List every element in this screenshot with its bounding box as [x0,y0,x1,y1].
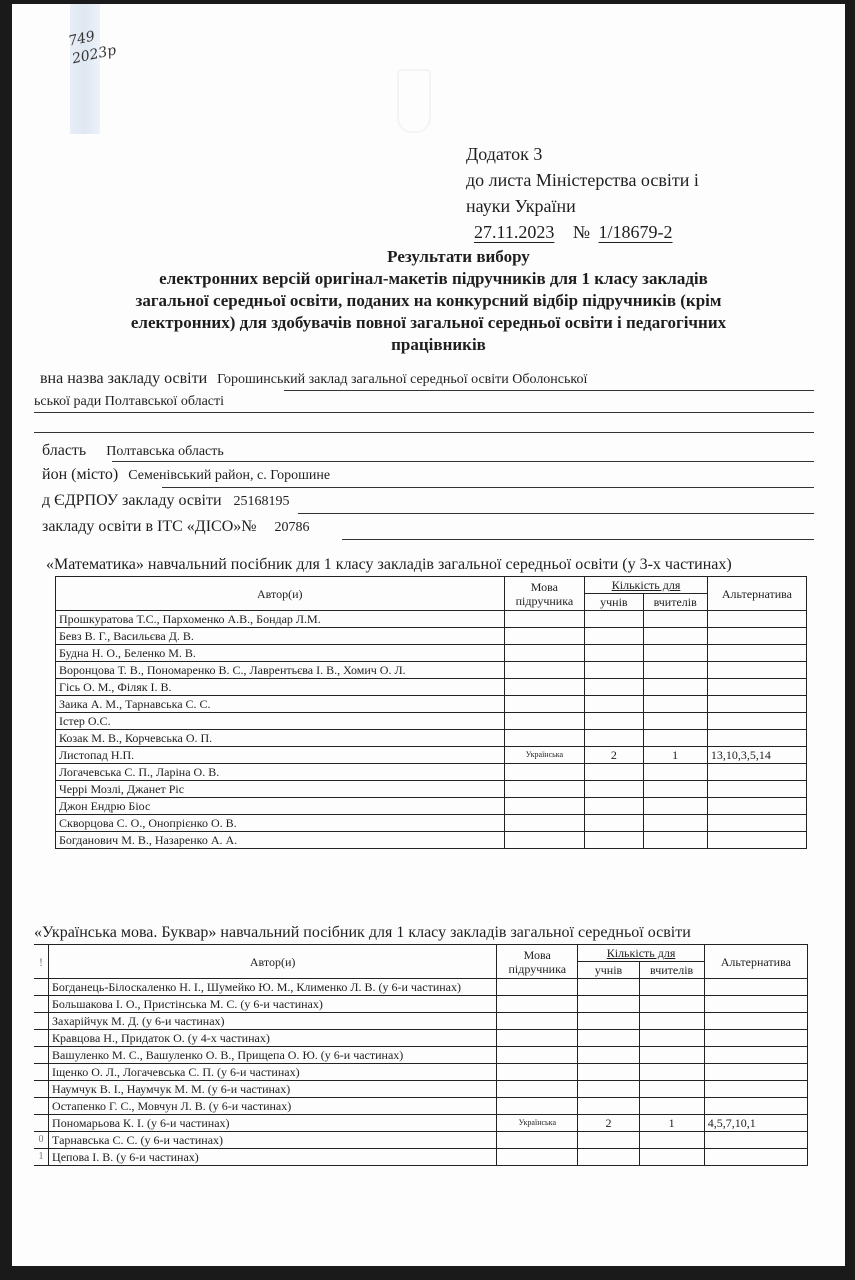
alternative-cell [707,696,806,713]
alternative-cell [704,1064,807,1081]
row-number [34,1115,49,1132]
language-cell [504,628,585,645]
table-row: 0Тарнавська С. С. (у 6-и частинах) [34,1132,808,1149]
alternative-cell [707,730,806,747]
teachers-count-cell [643,679,707,696]
teachers-count-cell [639,1081,704,1098]
author-cell: Козак М. В., Корчевська О. П. [56,730,505,747]
teachers-count-cell [639,996,704,1013]
institution-name-field: вна назва закладу освіти Горошинський за… [40,370,587,388]
author-cell: Богданович М. В., Назаренко А. А. [56,832,505,849]
col-teachers: вчителів [643,594,707,611]
col-language: Мова підручника [504,577,585,611]
students-count-cell [578,1081,639,1098]
author-cell: Вашуленко М. С., Вашуленко О. В., Прищеп… [49,1047,497,1064]
students-count-cell [578,1149,639,1166]
field-label: закладу освіти в ІТС «ДІСО»№ [42,518,257,535]
language-cell [497,1030,578,1047]
author-cell: Прошкуратова Т.С., Пархоменко А.В., Бонд… [56,611,505,628]
alternative-cell [704,979,807,996]
students-count-cell [585,662,643,679]
coat-of-arms-icon [397,69,431,133]
table-row: Богданович М. В., Назаренко А. А. [56,832,807,849]
row-number [34,1064,49,1081]
underline [34,432,814,433]
students-count-cell [585,645,643,662]
alternative-cell: 4,5,7,10,1 [704,1115,807,1132]
language-cell [504,815,585,832]
teachers-count-cell [643,815,707,832]
field-value: 25168195 [234,494,290,509]
row-number: 1 [34,1149,49,1166]
field-label: вна назва закладу освіти [40,370,207,387]
teachers-count-cell [643,713,707,730]
title-line: загальної середньої освіти, поданих на к… [12,290,845,312]
teachers-count-cell [643,696,707,713]
math-table: Автор(и) Мова підручника Кількість для А… [55,576,807,849]
row-number [34,1081,49,1098]
language-cell [504,713,585,730]
teachers-count-cell [643,764,707,781]
document-page: 749 2023р Додаток 3 до листа Міністерств… [12,4,845,1266]
alternative-cell [707,815,806,832]
teachers-count-cell [639,1047,704,1064]
author-cell: Будна Н. О., Беленко М. В. [56,645,505,662]
language-cell: Українська [504,747,585,764]
students-count-cell [585,781,643,798]
language-cell [504,781,585,798]
letter-number: 1/18679-2 [595,222,677,242]
field-value: 20786 [275,520,310,535]
author-cell: Богданець-Білоскаленко Н. І., Шумейко Ю.… [49,979,497,996]
students-count-cell [578,1047,639,1064]
alternative-cell [704,1149,807,1166]
alternative-cell [707,713,806,730]
teachers-count-cell [643,628,707,645]
col-alternative: Альтернатива [704,945,807,979]
col-students: учнів [585,594,643,611]
students-count-cell [585,611,643,628]
title-line: електронних версій оригінал-макетів підр… [12,268,845,290]
author-cell: Логачевська С. П., Ларіна О. В. [56,764,505,781]
teachers-count-cell [639,1132,704,1149]
row-number [34,979,49,996]
number-sign: № [573,222,590,242]
language-cell [497,1132,578,1149]
alternative-cell [704,1098,807,1115]
field-value: Горошинський заклад загальної середньої … [217,372,587,387]
col-quantity: Кількість для [578,945,704,962]
language-cell [497,979,578,996]
students-count-cell [585,628,643,645]
row-number [34,1013,49,1030]
language-cell [504,645,585,662]
table-row: Гісь О. М., Філяк І. В. [56,679,807,696]
alternative-cell [707,662,806,679]
row-number [34,1030,49,1047]
col-quantity: Кількість для [585,577,708,594]
teachers-count-cell [643,645,707,662]
table-row: Кравцова Н., Придаток О. (у 4-х частинах… [34,1030,808,1047]
row-number [34,996,49,1013]
field-value: Семенівський район, с. Горошине [128,468,330,483]
table-row: Бевз В. Г., Васильєва Д. В. [56,628,807,645]
alternative-cell [707,679,806,696]
institution-name-cont: ьської ради Полтавської області [34,392,224,410]
alternative-cell [707,798,806,815]
students-count-cell [578,1098,639,1115]
students-count-cell [585,798,643,815]
underline [112,461,814,462]
language-cell [504,696,585,713]
table-row: Прошкуратова Т.С., Пархоменко А.В., Бонд… [56,611,807,628]
col-author: Автор(и) [49,945,497,979]
alternative-cell [704,1081,807,1098]
handwritten-note: 749 2023р [67,24,118,68]
table-row: 1Цепова І. В. (у 6-и частинах) [34,1149,808,1166]
alternative-cell [704,1030,807,1047]
author-cell: Черрі Мозлі, Джанет Ріс [56,781,505,798]
author-cell: Наумчук В. І., Наумчук М. М. (у 6-и част… [49,1081,497,1098]
alternative-cell [704,1013,807,1030]
field-value: ьської ради Полтавської області [34,394,224,409]
author-cell: Джон Ендрю Біос [56,798,505,815]
alternative-cell [707,628,806,645]
students-count-cell [578,1013,639,1030]
teachers-count-cell [639,979,704,996]
ukr-section-caption: «Українська мова. Буквар» навчальний пос… [34,924,691,942]
teachers-count-cell [643,781,707,798]
table-row: Істер О.С. [56,713,807,730]
language-cell [497,1013,578,1030]
field-label: д ЄДРПОУ закладу освіти [42,492,222,509]
students-count-cell [578,1132,639,1149]
alternative-cell [707,645,806,662]
students-count-cell [578,996,639,1013]
field-label: йон (місто) [42,466,118,483]
table-row: Листопад Н.П.Українська2113,10,3,5,14 [56,747,807,764]
table-row: Заика А. М., Тарнавська С. С. [56,696,807,713]
teachers-count-cell [643,662,707,679]
field-label: бласть [42,442,86,459]
underline [298,513,814,514]
to-letter-line2: науки України [466,193,699,219]
alternative-cell [707,764,806,781]
language-cell [504,662,585,679]
language-cell [497,1098,578,1115]
title-line: працівників [12,334,845,356]
teachers-count-cell [643,798,707,815]
col-alternative: Альтернатива [707,577,806,611]
author-cell: Листопад Н.П. [56,747,505,764]
author-cell: Воронцова Т. В., Пономаренко В. С., Лавр… [56,662,505,679]
underline [34,412,814,413]
author-cell: Заика А. М., Тарнавська С. С. [56,696,505,713]
author-cell: Кравцова Н., Придаток О. (у 4-х частинах… [49,1030,497,1047]
language-cell [497,1149,578,1166]
underline [162,487,814,488]
teachers-count-cell [639,1149,704,1166]
author-cell: Остапенко Г. С., Мовчун Л. В. (у 6-и час… [49,1098,497,1115]
row-number [34,1047,49,1064]
teachers-count-cell: 1 [639,1115,704,1132]
author-cell: Іщенко О. Л., Логачевська С. П. (у 6-и ч… [49,1064,497,1081]
table-row: Козак М. В., Корчевська О. П. [56,730,807,747]
table-row: Іщенко О. Л., Логачевська С. П. (у 6-и ч… [34,1064,808,1081]
table-row: Джон Ендрю Біос [56,798,807,815]
teachers-count-cell [643,730,707,747]
students-count-cell [585,696,643,713]
district-field: йон (місто) Семенівський район, с. Горош… [42,466,330,484]
author-cell: Тарнавська С. С. (у 6-и частинах) [49,1132,497,1149]
students-count-cell [585,815,643,832]
region-field: бласть Полтавська область [42,442,224,460]
table-row: Наумчук В. І., Наумчук М. М. (у 6-и част… [34,1081,808,1098]
teachers-count-cell: 1 [643,747,707,764]
author-cell: Гісь О. М., Філяк І. В. [56,679,505,696]
table-row: Логачевська С. П., Ларіна О. В. [56,764,807,781]
appendix-header: Додаток 3 до листа Міністерства освіти і… [466,141,699,245]
teachers-count-cell [639,1013,704,1030]
table-row: Остапенко Г. С., Мовчун Л. В. (у 6-и час… [34,1098,808,1115]
students-count-cell [585,730,643,747]
scan-shadow [70,4,100,134]
language-cell [504,730,585,747]
language-cell [504,832,585,849]
language-cell [497,1047,578,1064]
field-value: Полтавська область [106,444,224,459]
col-language: Мова підручника [497,945,578,979]
document-title: Результати вибору електронних версій ори… [12,246,845,356]
edrpou-field: д ЄДРПОУ закладу освіти 25168195 [42,492,290,510]
students-count-cell [578,979,639,996]
table-row: Богданець-Білоскаленко Н. І., Шумейко Ю.… [34,979,808,996]
alternative-cell [704,996,807,1013]
author-cell: Захарійчук М. Д. (у 6-и частинах) [49,1013,497,1030]
language-cell [504,764,585,781]
teachers-count-cell [639,1098,704,1115]
math-section-caption: «Математика» навчальний посібник для 1 к… [46,556,732,574]
students-count-cell [585,713,643,730]
students-count-cell [585,679,643,696]
col-students: учнів [578,962,639,979]
language-cell [504,611,585,628]
alternative-cell [707,832,806,849]
appendix-label: Додаток 3 [466,141,699,167]
author-cell: Бевз В. Г., Васильєва Д. В. [56,628,505,645]
teachers-count-cell [639,1064,704,1081]
students-count-cell: 2 [578,1115,639,1132]
table-row: Будна Н. О., Беленко М. В. [56,645,807,662]
students-count-cell [585,764,643,781]
its-diso-field: закладу освіти в ІТС «ДІСО»№ 20786 [42,518,310,536]
language-cell [504,798,585,815]
author-cell: Большакова І. О., Пристінська М. С. (у 6… [49,996,497,1013]
author-cell: Цепова І. В. (у 6-и частинах) [49,1149,497,1166]
row-number [34,1098,49,1115]
underline [342,539,814,540]
to-letter-line1: до листа Міністерства освіти і [466,167,699,193]
underline [284,390,814,391]
row-number: 0 [34,1132,49,1149]
letter-ref: 27.11.2023 № 1/18679-2 [466,219,699,245]
language-cell [497,996,578,1013]
table-row: Скворцова С. О., Онопрієнко О. В. [56,815,807,832]
students-count-cell [585,832,643,849]
ukr-table: ! Автор(и) Мова підручника Кількість для… [34,944,808,1166]
table-row: Большакова І. О., Пристінська М. С. (у 6… [34,996,808,1013]
students-count-cell [578,1030,639,1047]
letter-date: 27.11.2023 [466,222,562,242]
col-author: Автор(и) [56,577,505,611]
students-count-cell [578,1064,639,1081]
teachers-count-cell [639,1030,704,1047]
alternative-cell [707,611,806,628]
title-line: електронних) для здобувачів повної загал… [12,312,845,334]
author-cell: Скворцова С. О., Онопрієнко О. В. [56,815,505,832]
language-cell [497,1064,578,1081]
teachers-count-cell [643,611,707,628]
alternative-cell: 13,10,3,5,14 [707,747,806,764]
language-cell [504,679,585,696]
author-cell: Пономарьова К. І. (у 6-и частинах) [49,1115,497,1132]
table-row: Пономарьова К. І. (у 6-и частинах)Україн… [34,1115,808,1132]
table-row: Захарійчук М. Д. (у 6-и частинах) [34,1013,808,1030]
alternative-cell [704,1047,807,1064]
col-number: ! [34,945,49,979]
table-row: Воронцова Т. В., Пономаренко В. С., Лавр… [56,662,807,679]
alternative-cell [707,781,806,798]
table-row: Вашуленко М. С., Вашуленко О. В., Прищеп… [34,1047,808,1064]
language-cell [497,1081,578,1098]
col-teachers: вчителів [639,962,704,979]
table-row: Черрі Мозлі, Джанет Ріс [56,781,807,798]
students-count-cell: 2 [585,747,643,764]
title-line: Результати вибору [12,246,845,268]
author-cell: Істер О.С. [56,713,505,730]
alternative-cell [704,1132,807,1149]
language-cell: Українська [497,1115,578,1132]
teachers-count-cell [643,832,707,849]
